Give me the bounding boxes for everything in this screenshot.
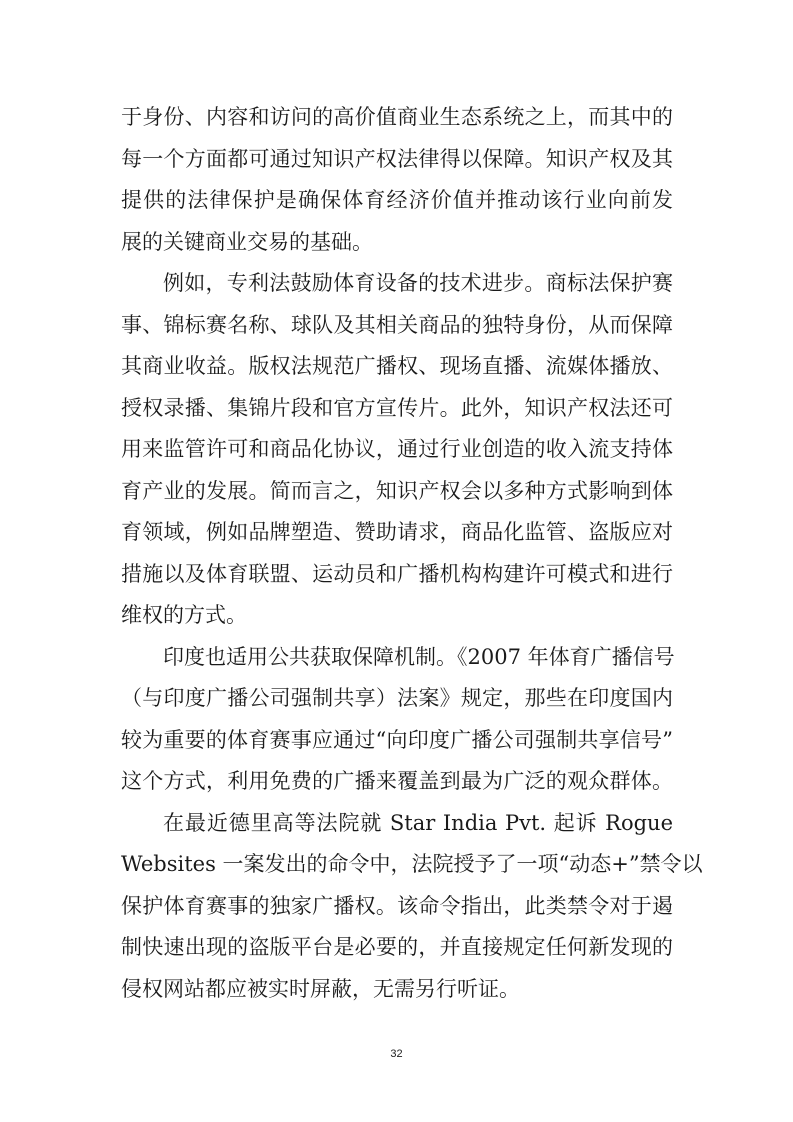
- text-line: 授权录播、集锦片段和官方宣传片。此外，知识产权法还可: [121, 388, 673, 430]
- text-line: 于身份、内容和访问的高价值商业生态系统之上，而其中的: [121, 97, 673, 139]
- text-line: 其商业收益。版权法规范广播权、现场直播、流媒体播放、: [121, 346, 673, 388]
- text-line: Websites 一案发出的命令中，法院授予了一项“动态+”禁令以: [121, 844, 673, 886]
- text-line: 展的关键商业交易的基础。: [121, 222, 673, 264]
- document-body: 于身份、内容和访问的高价值商业生态系统之上，而其中的 每一个方面都可通过知识产权…: [121, 97, 673, 1010]
- paragraph-4: 在最近德里高等法院就 Star India Pvt. 起诉 Rogue Webs…: [121, 803, 673, 1011]
- text-line: 育领域，例如品牌塑造、赞助请求，商品化监管、盗版应对: [121, 512, 673, 554]
- text-line: 较为重要的体育赛事应通过“向印度广播公司强制共享信号”: [121, 720, 673, 762]
- text-line: 提供的法律保护是确保体育经济价值并推动该行业向前发: [121, 180, 673, 222]
- text-line: 印度也适用公共获取保障机制。《2007 年体育广播信号: [121, 637, 673, 679]
- text-line: 用来监管许可和商品化协议，通过行业创造的收入流支持体: [121, 429, 673, 471]
- page-number: 32: [0, 1048, 793, 1060]
- paragraph-2: 例如，专利法鼓励体育设备的技术进步。商标法保护赛 事、锦标赛名称、球队及其相关商…: [121, 263, 673, 637]
- text-line: 制快速出现的盗版平台是必要的，并直接规定任何新发现的: [121, 927, 673, 969]
- text-line: 事、锦标赛名称、球队及其相关商品的独特身份，从而保障: [121, 305, 673, 347]
- text-line: 在最近德里高等法院就 Star India Pvt. 起诉 Rogue: [121, 803, 673, 845]
- text-line: 育产业的发展。简而言之，知识产权会以多种方式影响到体: [121, 471, 673, 513]
- paragraph-3: 印度也适用公共获取保障机制。《2007 年体育广播信号 （与印度广播公司强制共享…: [121, 637, 673, 803]
- paragraph-1: 于身份、内容和访问的高价值商业生态系统之上，而其中的 每一个方面都可通过知识产权…: [121, 97, 673, 263]
- text-line: （与印度广播公司强制共享）法案》规定，那些在印度国内: [121, 678, 673, 720]
- text-line: 措施以及体育联盟、运动员和广播机构构建许可模式和进行: [121, 554, 673, 596]
- text-line: 每一个方面都可通过知识产权法律得以保障。知识产权及其: [121, 139, 673, 181]
- text-line: 保护体育赛事的独家广播权。该命令指出，此类禁令对于遏: [121, 886, 673, 928]
- text-line: 侵权网站都应被实时屏蔽，无需另行听证。: [121, 969, 673, 1011]
- text-line: 例如，专利法鼓励体育设备的技术进步。商标法保护赛: [121, 263, 673, 305]
- text-line: 这个方式，利用免费的广播来覆盖到最为广泛的观众群体。: [121, 761, 673, 803]
- text-line: 维权的方式。: [121, 595, 673, 637]
